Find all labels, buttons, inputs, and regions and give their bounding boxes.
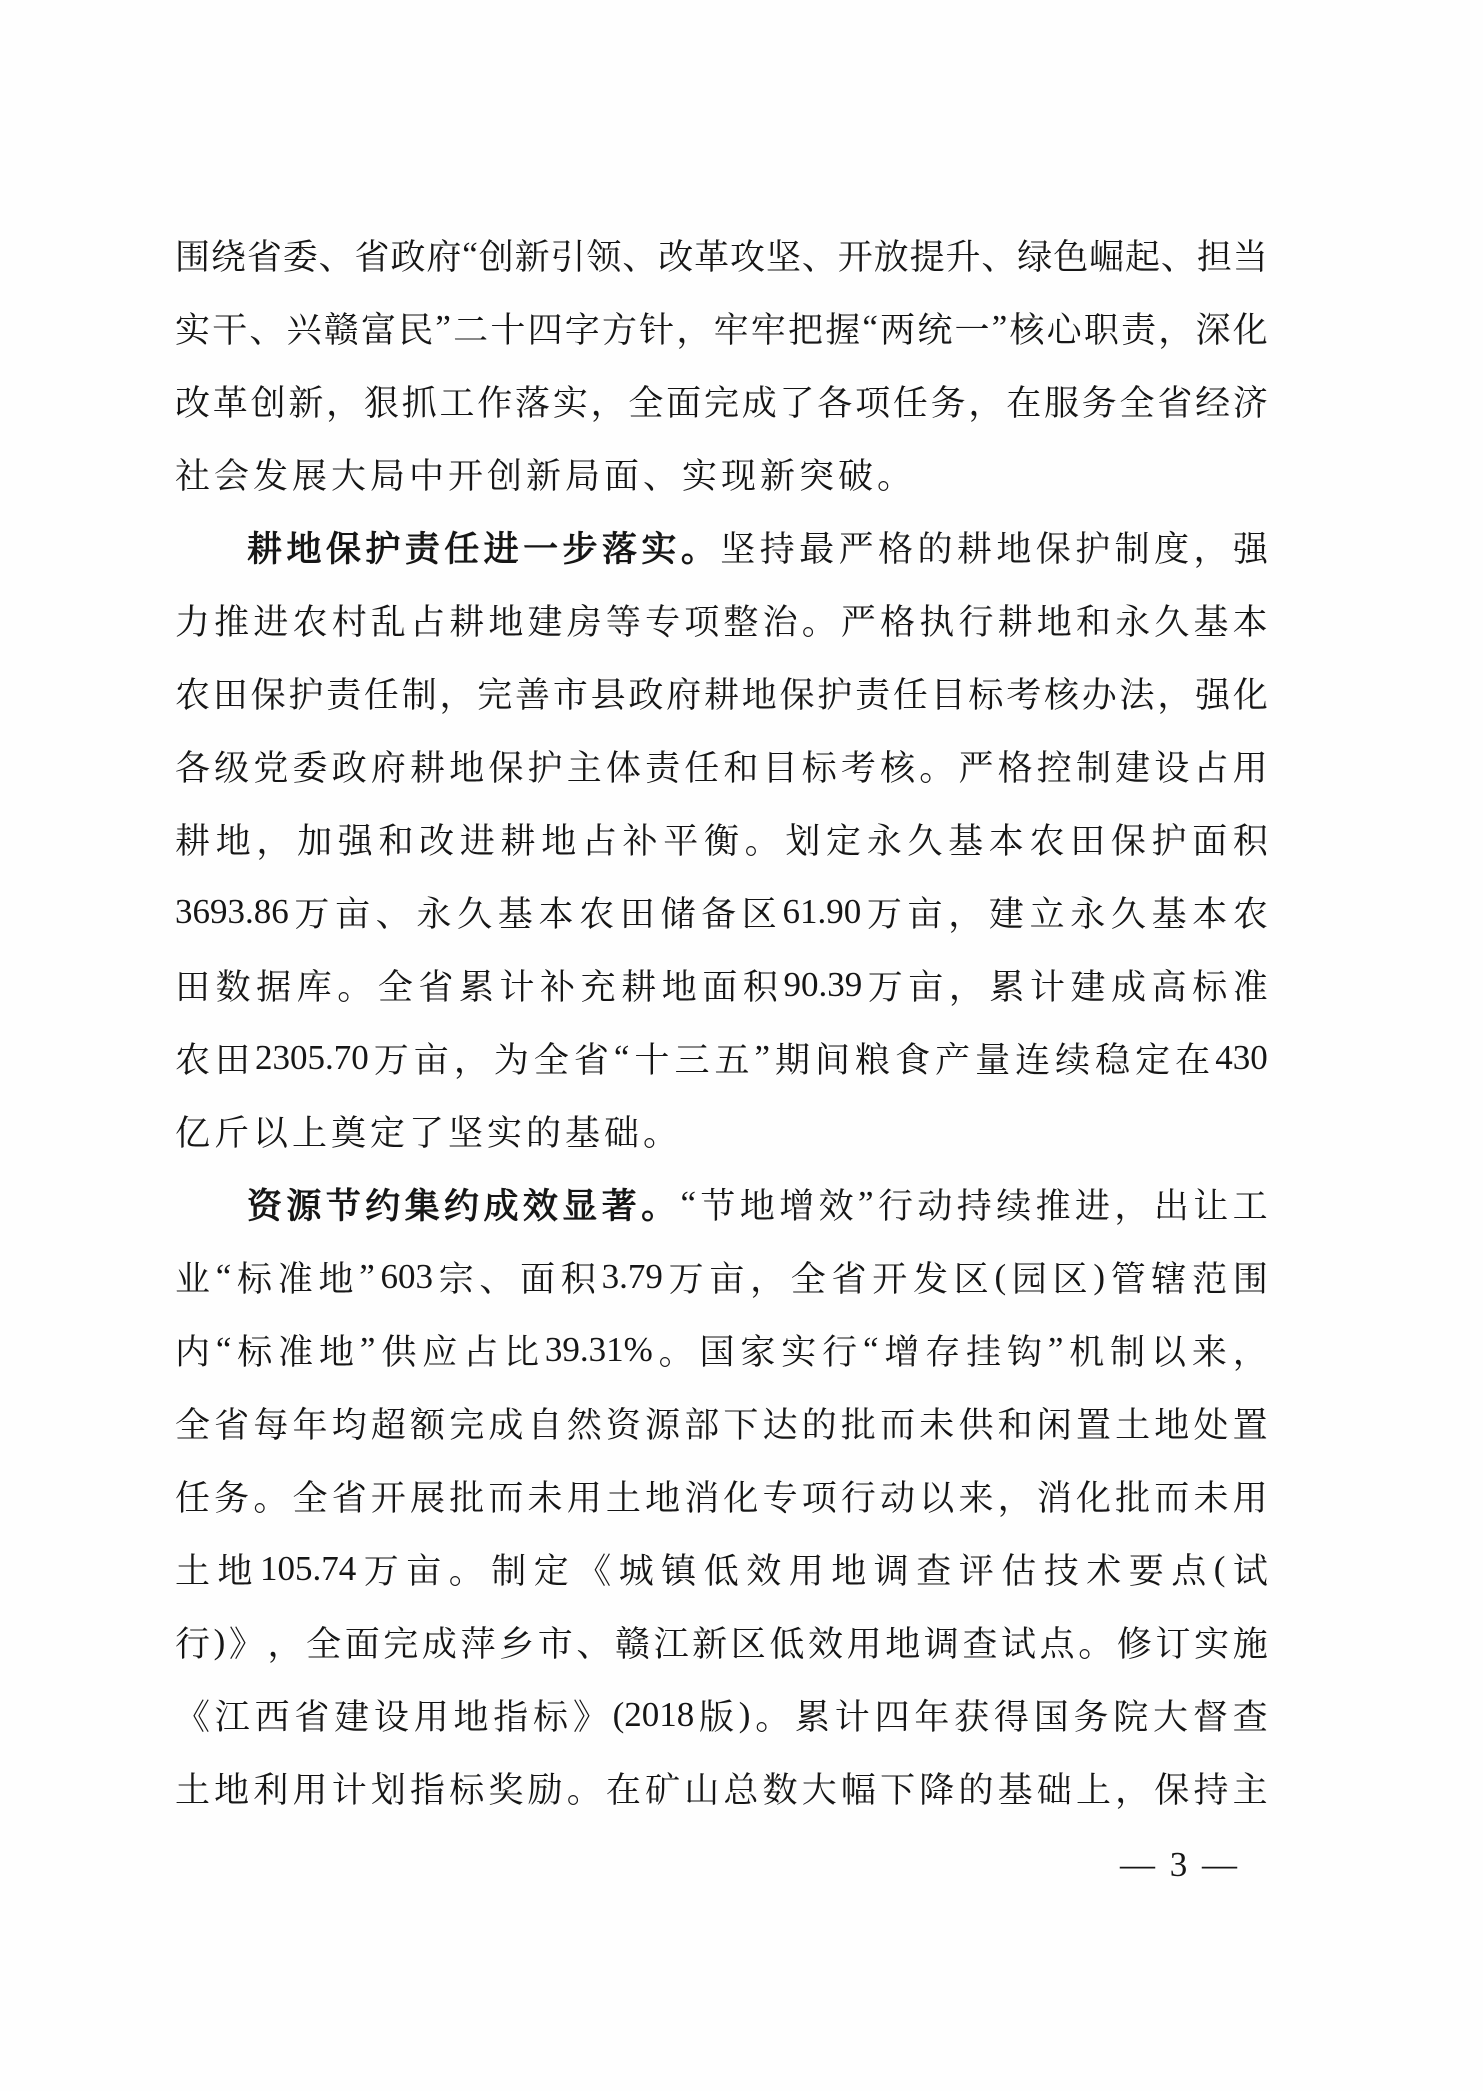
text-token: ” xyxy=(360,1330,376,1370)
text-token: 成 xyxy=(742,376,777,426)
text-token: ” xyxy=(435,308,451,348)
text-token: ) xyxy=(214,1622,226,1662)
text-token: 区 xyxy=(954,1252,989,1302)
text-token: 亩 xyxy=(335,887,370,937)
text-token: 体 xyxy=(606,741,641,791)
text-token: 。 xyxy=(1078,1617,1113,1667)
text-token: 》 xyxy=(573,1690,608,1740)
text-token: 下 xyxy=(880,1763,915,1813)
text-line-p3-l8: 《江西省建设用地指标》(2018版)。累计四年获得国务院大督查 xyxy=(175,1678,1268,1751)
text-token: 制 xyxy=(491,1544,526,1594)
text-token: 府 xyxy=(426,230,461,280)
text-token: 展 xyxy=(410,1471,445,1521)
text-token: 绕 xyxy=(211,230,246,280)
text-token: 完 xyxy=(383,1617,418,1667)
text-token: 建 xyxy=(334,1690,369,1740)
text-token: 田 xyxy=(1070,814,1105,864)
text-token: 农 xyxy=(175,668,210,718)
text-token: 储 xyxy=(660,887,695,937)
text-token: 下 xyxy=(723,1398,758,1448)
text-token: 建 xyxy=(1115,741,1150,791)
text-token: 力 xyxy=(175,595,210,645)
text-token: 格 xyxy=(998,741,1033,791)
text-token: 范 xyxy=(1192,1252,1227,1302)
text-token: 在 xyxy=(1006,376,1041,426)
text-token: 严 xyxy=(958,741,993,791)
text-token: 成 xyxy=(1111,960,1146,1010)
text-token: 置 xyxy=(1233,1398,1268,1448)
text-token: 永 xyxy=(867,814,902,864)
text-token: 田 xyxy=(213,668,248,718)
text-token: 机 xyxy=(1069,1325,1104,1375)
text-token: 改 xyxy=(419,814,454,864)
text-token: 计 xyxy=(500,960,535,1010)
text-token: 资 xyxy=(606,1398,641,1448)
text-token: 耕 xyxy=(175,814,210,864)
text-token: 新 xyxy=(515,230,550,280)
text-token: 消 xyxy=(1037,1471,1072,1521)
text-token: 土 xyxy=(175,1544,210,1594)
text-token: 责 xyxy=(855,668,890,718)
text-token: 治 xyxy=(763,595,798,645)
text-token: 成 xyxy=(488,1398,523,1448)
text-token: 五 xyxy=(714,1033,749,1083)
text-token: 最 xyxy=(799,522,834,572)
text-token: 强 xyxy=(1195,668,1230,718)
text-line-p3-l1: 资源节约集约成效显著。“节地增效”行动持续推进，出让工 xyxy=(175,1167,1268,1240)
text-token: ， xyxy=(591,376,626,426)
text-token: 完 xyxy=(704,376,739,426)
text-token: 105.74 xyxy=(260,1549,356,1589)
text-token: 用 xyxy=(847,1617,882,1667)
text-token: 主 xyxy=(1233,1763,1268,1813)
text-token: 基 xyxy=(948,814,983,864)
text-token: 批 xyxy=(449,1471,484,1521)
text-token: 永 xyxy=(1115,595,1150,645)
text-token: 占 xyxy=(410,595,445,645)
text-token: 崛 xyxy=(1089,230,1124,280)
text-token: 。 xyxy=(745,814,780,864)
text-token: 专 xyxy=(763,1471,798,1521)
text-token: 补 xyxy=(623,814,658,864)
text-token: 用 xyxy=(1233,741,1268,791)
text-line-p2-l9: 亿斤以上奠定了坚实的基础。 xyxy=(175,1094,1268,1167)
text-token: 推 xyxy=(214,595,249,645)
text-token: 十 xyxy=(634,1033,669,1083)
lead-token: 约 xyxy=(444,1179,479,1229)
text-token: 点 xyxy=(1040,1617,1075,1667)
text-token: 职 xyxy=(1084,303,1119,353)
text-token: 占 xyxy=(463,1325,498,1375)
text-token: 城 xyxy=(619,1544,654,1594)
text-token: ， xyxy=(439,668,474,718)
text-token: 宗 xyxy=(439,1252,474,1302)
text-token: 地 xyxy=(742,668,777,718)
text-token: 握 xyxy=(825,303,860,353)
text-token: ， xyxy=(256,814,291,864)
text-token: 开 xyxy=(371,1471,406,1521)
text-token: 地 xyxy=(831,1544,866,1594)
text-line-p2-l2: 力推进农村乱占耕地建房等专项整治。严格执行耕地和永久基本 xyxy=(175,583,1268,656)
text-token: 十 xyxy=(490,303,525,353)
text-token: 。 xyxy=(337,960,372,1010)
text-token: 起 xyxy=(1125,230,1160,280)
text-token: 每 xyxy=(253,1398,288,1448)
text-token: 省 xyxy=(355,230,390,280)
lead-token: 约 xyxy=(365,1179,400,1229)
text-line-p3-l3: 内“标准地”供应占比39.31%。国家实行“增存挂钩”机制以来， xyxy=(175,1313,1268,1386)
text-token: 服 xyxy=(1044,376,1079,426)
text-token: 农 xyxy=(1029,814,1064,864)
text-token: 》 xyxy=(229,1617,264,1667)
text-token: 续 xyxy=(1055,1033,1090,1083)
text-token: 地 xyxy=(1154,1398,1189,1448)
text-token: 耕 xyxy=(998,595,1033,645)
text-token: 革 xyxy=(213,376,248,426)
text-token: 高 xyxy=(1152,960,1187,1010)
text-token: 任 xyxy=(893,376,928,426)
text-token: 西 xyxy=(255,1690,290,1740)
text-token: 实 xyxy=(175,303,210,353)
text-token: 定 xyxy=(1135,1033,1170,1083)
text-token: 务 xyxy=(931,376,966,426)
text-run: 亿斤以上奠定了坚实的基础。 xyxy=(175,1106,682,1156)
text-token: 法 xyxy=(1120,668,1155,718)
text-token: 完 xyxy=(477,668,512,718)
text-token: ” xyxy=(992,308,1008,348)
text-token: 准 xyxy=(278,1252,313,1302)
lead-token: 集 xyxy=(405,1179,440,1229)
text-line-p2-l7: 田数据库。全省累计补充耕地面积90.39万亩，累计建成高标准 xyxy=(175,948,1268,1021)
text-token: 术 xyxy=(1086,1544,1121,1594)
text-token: 降 xyxy=(919,1763,954,1813)
text-token: 目 xyxy=(763,741,798,791)
text-token: 调 xyxy=(924,1617,959,1667)
text-token: 实 xyxy=(553,376,588,426)
text-token: ， xyxy=(998,1471,1033,1521)
text-token: 。 xyxy=(755,1690,790,1740)
text-token: 富 xyxy=(361,303,396,353)
text-token: 完 xyxy=(449,1398,484,1448)
text-token: 保 xyxy=(1111,814,1146,864)
text-token: 面 xyxy=(1192,814,1227,864)
text-token: 耕 xyxy=(621,960,656,1010)
text-token: 干 xyxy=(212,303,247,353)
text-token: 累 xyxy=(459,960,494,1010)
text-token: 四 xyxy=(528,303,563,353)
text-token: 护 xyxy=(817,668,852,718)
text-token: 区 xyxy=(1053,1252,1088,1302)
text-line-p2-l1: 耕地保护责任进一步落实。坚持最严格的耕地保护制度，强 xyxy=(175,510,1268,583)
text-token: 未 xyxy=(919,1398,954,1448)
text-token: 而 xyxy=(1154,1471,1189,1521)
text-token: 萍 xyxy=(461,1617,496,1667)
text-token: 责 xyxy=(1121,303,1156,353)
text-token: 化 xyxy=(1076,1471,1111,1521)
text-token: 省 xyxy=(1157,376,1192,426)
text-token: ， xyxy=(454,1033,489,1083)
text-token: 项 xyxy=(684,595,719,645)
text-token: 基 xyxy=(1193,595,1228,645)
text-token: ， xyxy=(1157,668,1192,718)
text-token: 兴 xyxy=(287,303,322,353)
text-token: 地 xyxy=(740,1179,775,1229)
text-token: 订 xyxy=(1155,1617,1190,1667)
text-token: 责 xyxy=(326,668,361,718)
text-token: 考 xyxy=(841,741,876,791)
text-token: 定 xyxy=(826,814,861,864)
text-token: 一 xyxy=(955,303,990,353)
text-token: 数 xyxy=(216,960,251,1010)
text-token: 江 xyxy=(215,1690,250,1740)
text-token: 整 xyxy=(723,595,758,645)
text-token: 市 xyxy=(538,1617,573,1667)
text-token: 面 xyxy=(520,1252,555,1302)
text-token: 国 xyxy=(1034,1690,1069,1740)
text-token: 针 xyxy=(639,303,674,353)
lead-token: 地 xyxy=(286,522,321,572)
text-token: ， xyxy=(1114,1179,1149,1229)
text-token: 办 xyxy=(1082,668,1117,718)
text-token: 内 xyxy=(175,1325,210,1375)
text-token: 赣 xyxy=(324,303,359,353)
text-token: 让 xyxy=(1193,1179,1228,1229)
text-token: 地 xyxy=(645,1471,680,1521)
text-token: 数 xyxy=(763,1763,798,1813)
text-token: 管 xyxy=(1111,1252,1146,1302)
text-token: 万 xyxy=(867,887,902,937)
text-token: 标 xyxy=(237,1252,272,1302)
text-token: 务 xyxy=(1073,1690,1108,1740)
text-token: 查 xyxy=(962,1617,997,1667)
text-token: 牢 xyxy=(714,303,749,353)
text-token: 成 xyxy=(422,1617,457,1667)
text-token: 责 xyxy=(645,741,680,791)
text-token: 各 xyxy=(175,741,210,791)
text-token: 地 xyxy=(318,1252,353,1302)
text-token: “ xyxy=(216,1330,232,1370)
text-token: 民 xyxy=(398,303,433,353)
text-token: ， xyxy=(1115,1763,1150,1813)
text-token: 村 xyxy=(332,595,367,645)
text-run: 社会发展大局中开创新局面、实现新突破。 xyxy=(175,449,916,499)
text-token: 立 xyxy=(1030,887,1065,937)
text-token: 自 xyxy=(528,1398,563,1448)
text-token: 衡 xyxy=(704,814,739,864)
text-token: 万 xyxy=(364,1544,399,1594)
text-token: 升 xyxy=(945,230,980,280)
text-token: 量 xyxy=(975,1033,1010,1083)
text-token: 大 xyxy=(802,1763,837,1813)
text-token: 委 xyxy=(293,741,328,791)
text-token: 充 xyxy=(581,960,616,1010)
text-token: 保 xyxy=(780,668,815,718)
text-token: 务 xyxy=(214,1471,249,1521)
text-token: 地 xyxy=(449,741,484,791)
text-token: 项 xyxy=(802,1471,837,1521)
text-token: ” xyxy=(754,1038,770,1078)
text-token: 标 xyxy=(968,668,1003,718)
text-token: 二 xyxy=(453,303,488,353)
text-token: 全 xyxy=(1120,376,1155,426)
text-token: 统 xyxy=(917,303,952,353)
text-token: 农 xyxy=(579,887,614,937)
text-token: 作 xyxy=(477,376,512,426)
text-token: 3693.86 xyxy=(175,892,289,932)
text-token: ) xyxy=(1093,1257,1105,1297)
text-token: 乡 xyxy=(499,1617,534,1667)
text-token: 全 xyxy=(175,1398,210,1448)
text-token: 久 xyxy=(457,887,492,937)
text-token: 批 xyxy=(1115,1471,1150,1521)
text-token: 用 xyxy=(789,1544,824,1594)
text-token: 用 xyxy=(1233,1471,1268,1521)
text-token: 田 xyxy=(215,1033,250,1083)
text-token: 化 xyxy=(1233,303,1268,353)
text-line-p2-l6: 3693.86万亩、永久基本农田储备区61.90万亩，建立永久基本农 xyxy=(175,875,1268,948)
text-token: 地 xyxy=(218,1544,253,1594)
text-token: 牢 xyxy=(751,303,786,353)
text-token: 的 xyxy=(802,1398,837,1448)
text-token: 省 xyxy=(247,230,282,280)
text-token: 批 xyxy=(841,1398,876,1448)
document-body: 围绕省委、省政府“创新引领、改革攻坚、开放提升、绿色崛起、担当实干、兴赣富民”二… xyxy=(175,218,1268,1824)
text-token: 发 xyxy=(913,1252,948,1302)
text-token: 未 xyxy=(528,1471,563,1521)
text-token: 省 xyxy=(574,1033,609,1083)
text-token: 控 xyxy=(1037,741,1072,791)
text-token: 粮 xyxy=(855,1033,890,1083)
text-token: 新 xyxy=(288,376,323,426)
text-token: 续 xyxy=(996,1179,1031,1229)
text-line-p2-l4: 各级党委政府耕地保护主体责任和目标考核。严格控制建设占用 xyxy=(175,729,1268,802)
text-token: 幅 xyxy=(841,1763,876,1813)
text-token: 护 xyxy=(528,741,563,791)
text-token: 获 xyxy=(954,1690,989,1740)
text-token: 改 xyxy=(658,230,693,280)
text-token: 划 xyxy=(371,1763,406,1813)
text-token: 家 xyxy=(740,1325,775,1375)
text-token: 区 xyxy=(731,1617,766,1667)
text-token: 绿 xyxy=(1017,230,1052,280)
text-token: 辖 xyxy=(1151,1252,1186,1302)
text-token: 。 xyxy=(919,741,954,791)
text-token: 落 xyxy=(515,376,550,426)
text-token: 出 xyxy=(1154,1179,1189,1229)
text-token: 基 xyxy=(998,1763,1033,1813)
text-token: 稳 xyxy=(1095,1033,1130,1083)
text-token: 政 xyxy=(628,668,663,718)
text-token: 动 xyxy=(880,1471,915,1521)
text-token: 格 xyxy=(878,522,913,572)
text-token: 创 xyxy=(479,230,514,280)
text-token: 狠 xyxy=(364,376,399,426)
text-token: 担 xyxy=(1197,230,1232,280)
text-token: 地 xyxy=(488,595,523,645)
text-token: 39.31% xyxy=(545,1330,653,1370)
lead-token: 实 xyxy=(641,522,676,572)
lead-token: 源 xyxy=(286,1179,321,1229)
text-token: 亩 xyxy=(414,1033,449,1083)
text-token: 进 xyxy=(253,595,288,645)
text-token: 抓 xyxy=(402,376,437,426)
text-token: 耕 xyxy=(449,595,484,645)
text-token: 存 xyxy=(925,1325,960,1375)
text-token: 三 xyxy=(674,1033,709,1083)
lead-token: 著 xyxy=(602,1179,637,1229)
text-line-p3-l2: 业“标准地”603宗、面积3.79万亩，全省开发区(园区)管辖范围 xyxy=(175,1240,1268,1313)
text-token: 行 xyxy=(841,1471,876,1521)
text-token: 查 xyxy=(1233,1690,1268,1740)
lead-token: 任 xyxy=(444,522,479,572)
text-token: 地 xyxy=(216,814,251,864)
text-token: 府 xyxy=(666,668,701,718)
text-token: “ xyxy=(862,308,878,348)
text-line-p3-l4: 全省每年均超额完成自然资源部下达的批而未供和闲置土地处置 xyxy=(175,1386,1268,1459)
text-token: 亩 xyxy=(908,960,943,1010)
text-token: 、 xyxy=(376,887,411,937)
text-token: 定 xyxy=(534,1544,569,1594)
text-token: 任 xyxy=(364,668,399,718)
text-token: 万 xyxy=(669,1252,704,1302)
text-token: 期 xyxy=(775,1033,810,1083)
text-token: 建 xyxy=(1071,960,1106,1010)
text-token: 任 xyxy=(175,1471,210,1521)
text-token: 比 xyxy=(504,1325,539,1375)
text-token: 点 xyxy=(1171,1544,1206,1594)
text-token: 和 xyxy=(723,741,758,791)
text-token: 考 xyxy=(1006,668,1041,718)
text-token: 。 xyxy=(567,1763,602,1813)
text-token: 政 xyxy=(332,741,367,791)
text-token: 严 xyxy=(839,522,874,572)
text-token: 新 xyxy=(692,1617,727,1667)
text-token: 进 xyxy=(1075,1179,1110,1229)
text-token: 年 xyxy=(914,1690,949,1740)
text-token: 核 xyxy=(880,741,915,791)
text-token: 创 xyxy=(251,376,286,426)
text-token: 政 xyxy=(390,230,425,280)
text-token: 增 xyxy=(779,1179,814,1229)
text-token: 大 xyxy=(1153,1690,1188,1740)
text-token: 以 xyxy=(1151,1325,1186,1375)
text-token: 技 xyxy=(1044,1544,1079,1594)
text-token: 耕 xyxy=(501,814,536,864)
lead-token: 。 xyxy=(641,1179,676,1229)
text-token: ， xyxy=(750,1252,785,1302)
text-token: 乱 xyxy=(371,595,406,645)
text-token: 围 xyxy=(1233,1252,1268,1302)
text-token: 化 xyxy=(723,1471,758,1521)
text-token: 供 xyxy=(958,1398,993,1448)
text-token: 加 xyxy=(297,814,332,864)
text-token: 总 xyxy=(723,1763,758,1813)
text-token: 《 xyxy=(175,1690,210,1740)
text-token: 制 xyxy=(1076,741,1111,791)
text-token: 效 xyxy=(746,1544,781,1594)
text-token: 然 xyxy=(567,1398,602,1448)
text-token: 任 xyxy=(684,741,719,791)
text-token: 地 xyxy=(319,1325,354,1375)
text-token: 核 xyxy=(1009,303,1044,353)
text-token: 用 xyxy=(293,1763,328,1813)
text-token: ” xyxy=(359,1257,375,1297)
text-token: 级 xyxy=(214,741,249,791)
text-line-p1-l4: 社会发展大局中开创新局面、实现新突破。 xyxy=(175,437,1268,510)
text-token: 田 xyxy=(620,887,655,937)
text-token: 计 xyxy=(835,1690,870,1740)
text-token: 保 xyxy=(251,668,286,718)
